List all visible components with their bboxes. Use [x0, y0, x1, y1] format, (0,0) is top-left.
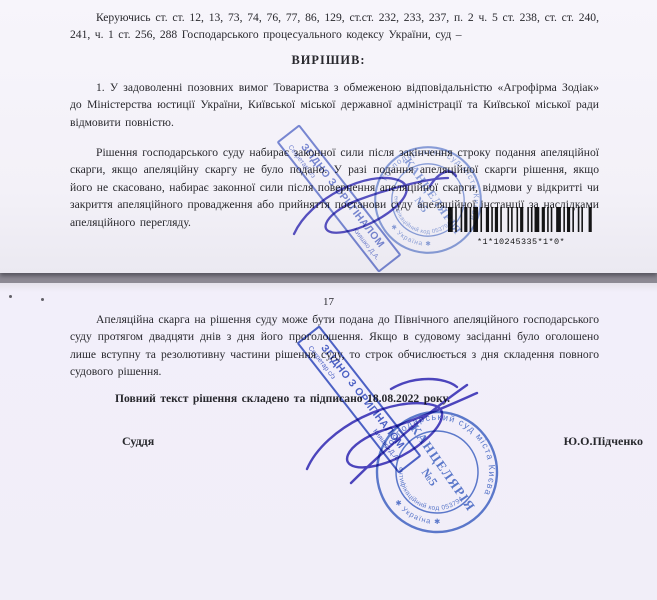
page-1: Керуючись ст. ст. 12, 13, 73, 74, 76, 77… — [0, 0, 657, 273]
barcode: *1*10245335*1*0* — [447, 207, 595, 247]
handwritten-signature — [295, 369, 485, 489]
judge-name: Ю.О.Підченко — [564, 434, 643, 449]
barcode-bars — [448, 207, 594, 232]
paper-speck — [9, 295, 12, 298]
page-2: 17 Апеляційна скарга на рішення суду мож… — [0, 283, 657, 600]
decided-heading: ВИРІШИВ: — [0, 53, 657, 68]
paragraph-ruling-basis: Керуючись ст. ст. 12, 13, 73, 74, 76, 77… — [0, 0, 657, 44]
barcode-label: *1*10245335*1*0* — [447, 238, 595, 247]
paper-speck — [41, 298, 44, 301]
handwritten-signature — [280, 156, 460, 256]
paragraph-claim-denied: 1. У задоволенні позовних вимог Товарист… — [0, 79, 657, 131]
judge-label: Суддя — [122, 434, 154, 449]
scanned-court-document: Керуючись ст. ст. 12, 13, 73, 74, 76, 77… — [0, 0, 657, 600]
page-number: 17 — [0, 296, 657, 308]
